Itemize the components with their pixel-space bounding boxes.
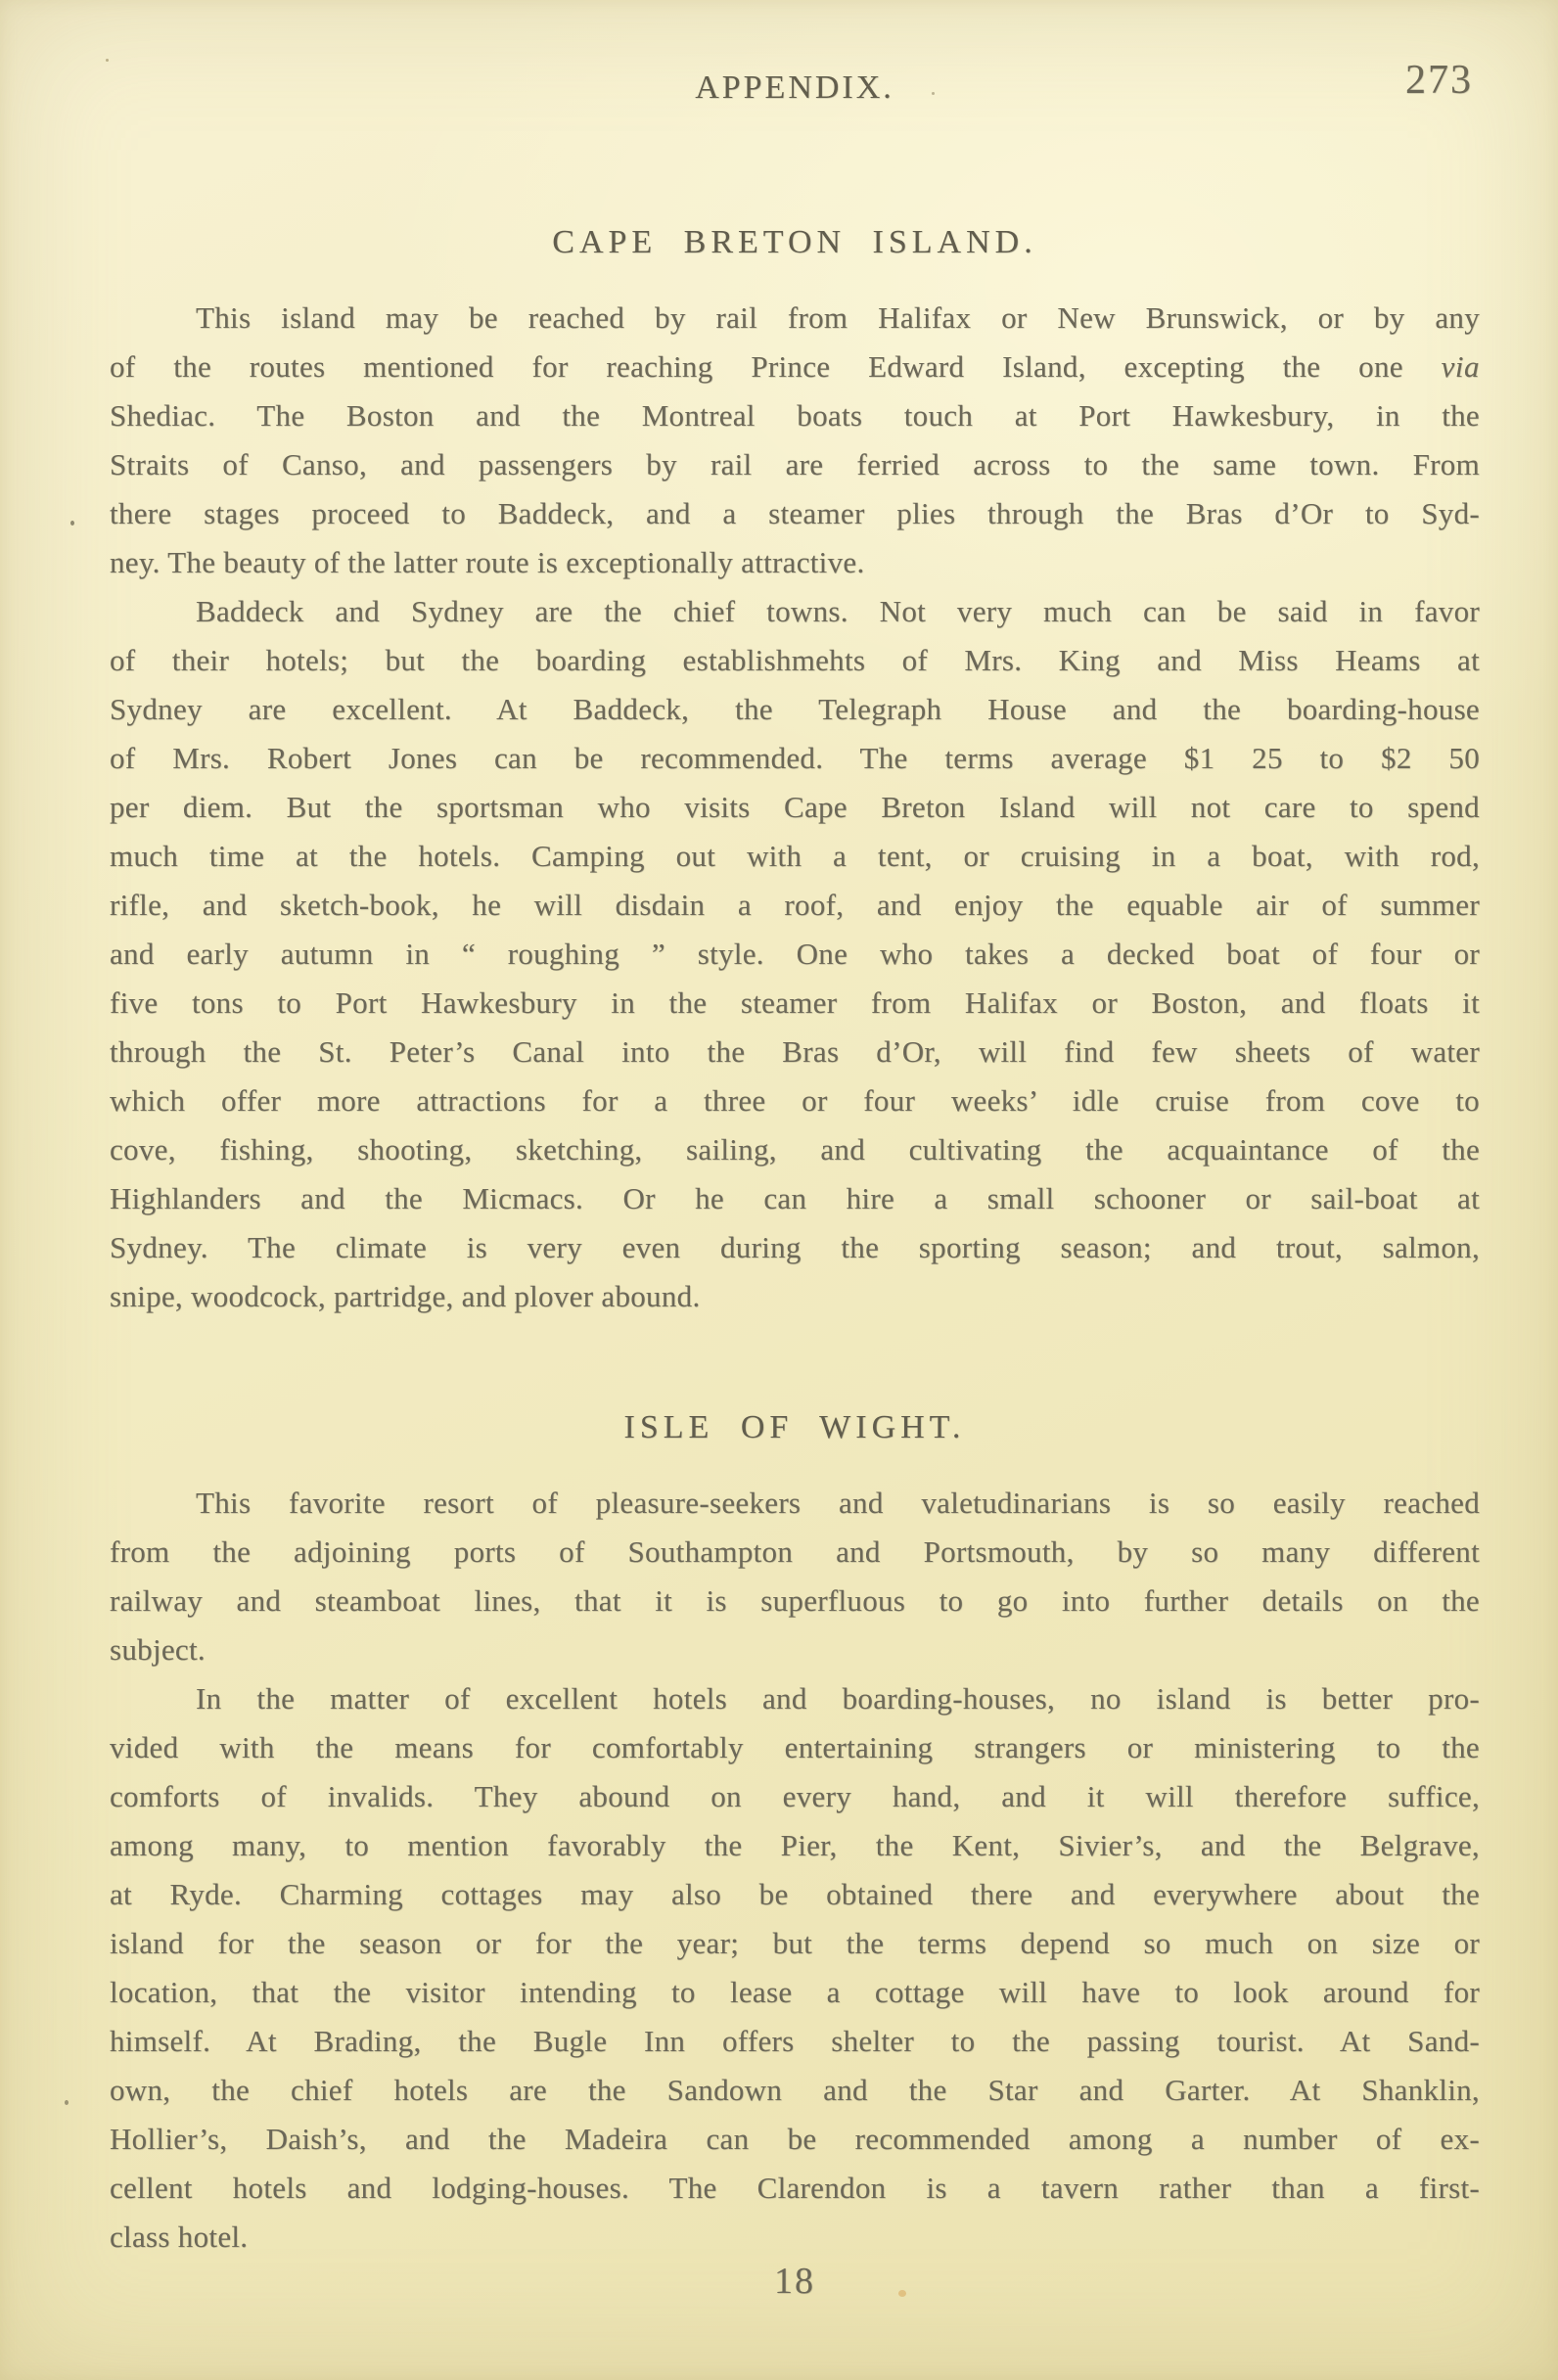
paragraph: In the matter of excellent hotels and bo… (110, 1674, 1480, 2262)
text-line: of Mrs. Robert Jones can be recommended.… (110, 734, 1480, 783)
text-line: which offer more attractions for a three… (110, 1076, 1480, 1125)
paragraph: This favorite resort of pleasure-seekers… (110, 1479, 1480, 1674)
text-line: cellent hotels and lodging-houses. The C… (110, 2164, 1480, 2213)
text-line: of their hotels; but the boarding establ… (110, 636, 1480, 685)
print-speck (70, 521, 74, 526)
print-speck (106, 59, 109, 62)
text-line: Baddeck and Sydney are the chief towns. … (110, 587, 1480, 636)
text-line: through the St. Peter’s Canal into the B… (110, 1028, 1480, 1076)
text-line: own, the chief hotels are the Sandown an… (110, 2066, 1480, 2115)
text-line: Sydney. The climate is very even during … (110, 1223, 1480, 1272)
text-line: Shediac. The Boston and the Montreal boa… (110, 391, 1480, 440)
paragraph: This island may be reached by rail from … (110, 294, 1480, 587)
text-line: among many, to mention favorably the Pie… (110, 1821, 1480, 1870)
text-line: at Ryde. Charming cottages may also be o… (110, 1870, 1480, 1919)
text-line: per diem. But the sportsman who visits C… (110, 783, 1480, 832)
running-title: APPENDIX. (110, 69, 1480, 108)
text-line: himself. At Brading, the Bugle Inn offer… (110, 2017, 1480, 2066)
text-line: subject. (110, 1625, 1480, 1674)
text-line: cove, fishing, shooting, sketching, sail… (110, 1125, 1480, 1174)
text-line: railway and steamboat lines, that it is … (110, 1577, 1480, 1625)
page-number: 273 (1405, 57, 1473, 104)
text-line: five tons to Port Hawkesbury in the stea… (110, 979, 1480, 1028)
text-line: vided with the means for comfortably ent… (110, 1723, 1480, 1772)
text-line: Sydney are excellent. At Baddeck, the Te… (110, 685, 1480, 734)
text-line: there stages proceed to Baddeck, and a s… (110, 489, 1480, 538)
signature-number: 18 (110, 2257, 1480, 2306)
text-line: comforts of invalids. They abound on eve… (110, 1772, 1480, 1821)
text-line: snipe, woodcock, partridge, and plover a… (110, 1272, 1480, 1321)
text-line: location, that the visitor intending to … (110, 1968, 1480, 2017)
text-line: from the adjoining ports of Southampton … (110, 1528, 1480, 1577)
text-line: This island may be reached by rail from … (110, 294, 1480, 343)
text-line: In the matter of excellent hotels and bo… (110, 1674, 1480, 1723)
text-line: Highlanders and the Micmacs. Or he can h… (110, 1174, 1480, 1223)
text-line: This favorite resort of pleasure-seekers… (110, 1479, 1480, 1528)
text-block: CAPE BRETON ISLAND.This island may be re… (110, 221, 1480, 2262)
print-speck (65, 2100, 69, 2105)
book-page: APPENDIX. 273 CAPE BRETON ISLAND.This is… (0, 0, 1558, 2380)
section-heading: CAPE BRETON ISLAND. (110, 221, 1480, 264)
text-line: rifle, and sketch-book, he will disdain … (110, 881, 1480, 930)
text-line: ney. The beauty of the latter route is e… (110, 538, 1480, 587)
text-line: and early autumn in “ roughing ” style. … (110, 930, 1480, 979)
text-line: Straits of Canso, and passengers by rail… (110, 440, 1480, 489)
paragraph: Baddeck and Sydney are the chief towns. … (110, 587, 1480, 1321)
text-line: class hotel. (110, 2213, 1480, 2262)
section-cape-breton-island: CAPE BRETON ISLAND.This island may be re… (110, 221, 1480, 1321)
text-line: island for the season or for the year; b… (110, 1919, 1480, 1968)
text-line: much time at the hotels. Camping out wit… (110, 832, 1480, 881)
section-isle-of-wight: ISLE OF WIGHT.This favorite resort of pl… (110, 1406, 1480, 2262)
text-line: Hollier’s, Daish’s, and the Madeira can … (110, 2115, 1480, 2164)
section-heading: ISLE OF WIGHT. (110, 1406, 1480, 1449)
text-line: of the routes mentioned for reaching Pri… (110, 343, 1480, 391)
